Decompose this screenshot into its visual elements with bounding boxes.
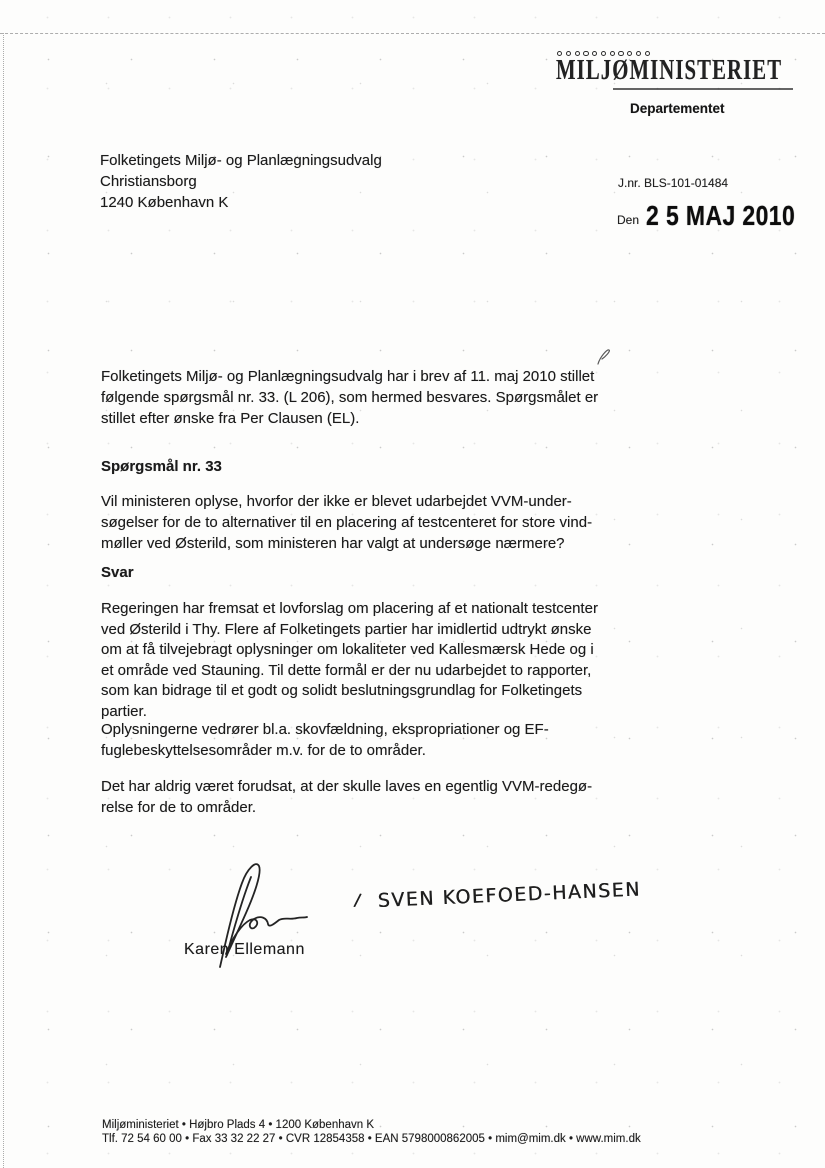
text-line: Folketingets Miljø- og Planlægningsudval… <box>101 366 598 387</box>
text-line: Det har aldrig været forudsat, at der sk… <box>101 776 592 797</box>
recipient-line: Folketingets Miljø- og Planlægningsudval… <box>100 150 382 171</box>
date-stamp: 2 5 MAJ 2010 <box>646 200 795 232</box>
letterhead-rule <box>613 88 793 90</box>
department-label: Departementet <box>630 101 725 116</box>
text-line: ved Østerild i Thy. Flere af Folketinget… <box>101 620 598 641</box>
recipient-line: 1240 København K <box>100 192 382 213</box>
signer-name: Karen Ellemann <box>184 941 305 959</box>
answer-heading: Svar <box>101 564 134 581</box>
ministry-wordmark: MILJØMINISTERIET <box>556 55 782 87</box>
text-line: et område ved Stauning. Til dette formål… <box>101 661 598 682</box>
scan-artifact-mark <box>595 345 615 367</box>
text-line: Oplysningerne vedrører bl.a. skovfældnin… <box>101 719 549 740</box>
question-paragraph: Vil ministeren oplyse, hvorfor der ikke … <box>101 491 592 554</box>
text-line: om at få tilvejebragt oplysninger om lok… <box>101 640 598 661</box>
text-line: relse for de to områder. <box>101 797 592 818</box>
footer-contact-line: Tlf. 72 54 60 00 • Fax 33 32 22 27 • CVR… <box>102 1133 641 1147</box>
handwritten-slash: / <box>353 890 363 911</box>
intro-paragraph: Folketingets Miljø- og Planlægningsudval… <box>101 366 598 429</box>
footer: Miljøministeriet • Højbro Plads 4 • 1200… <box>102 1119 641 1146</box>
text-line: som kan bidrage til et godt og solidt be… <box>101 681 598 702</box>
text-line: fuglebeskyttelsesområder m.v. for de to … <box>101 740 549 761</box>
scan-left-edge-line <box>3 33 4 1168</box>
answer-paragraph-2: Oplysningerne vedrører bl.a. skovfældnin… <box>101 719 549 761</box>
answer-paragraph-3: Det har aldrig været forudsat, at der sk… <box>101 776 592 818</box>
text-line: møller ved Østerild, som ministeren har … <box>101 533 592 554</box>
scanned-letter-page: MILJØMINISTERIET Departementet Folketing… <box>0 0 825 1168</box>
journal-number: J.nr. BLS-101-01484 <box>618 176 728 190</box>
scan-top-edge-line <box>0 33 825 34</box>
text-line: følgende spørgsmål nr. 33. (L 206), som … <box>101 387 598 408</box>
date-label: Den <box>617 213 639 227</box>
handwritten-name: SVEN KOEFOED-HANSEN <box>377 878 641 911</box>
text-line: Vil ministeren oplyse, hvorfor der ikke … <box>101 491 592 512</box>
recipient-address: Folketingets Miljø- og Planlægningsudval… <box>100 150 382 213</box>
recipient-line: Christiansborg <box>100 171 382 192</box>
text-line: stillet efter ønske fra Per Clausen (EL)… <box>101 408 598 429</box>
text-line: søgelser for de to alternativer til en p… <box>101 512 592 533</box>
answer-paragraph-1: Regeringen har fremsat et lovforslag om … <box>101 599 598 722</box>
footer-address-line: Miljøministeriet • Højbro Plads 4 • 1200… <box>102 1119 641 1133</box>
handwritten-note: / SVEN KOEFOED-HANSEN <box>354 878 641 912</box>
text-line: Regeringen har fremsat et lovforslag om … <box>101 599 598 620</box>
question-heading: Spørgsmål nr. 33 <box>101 458 222 475</box>
